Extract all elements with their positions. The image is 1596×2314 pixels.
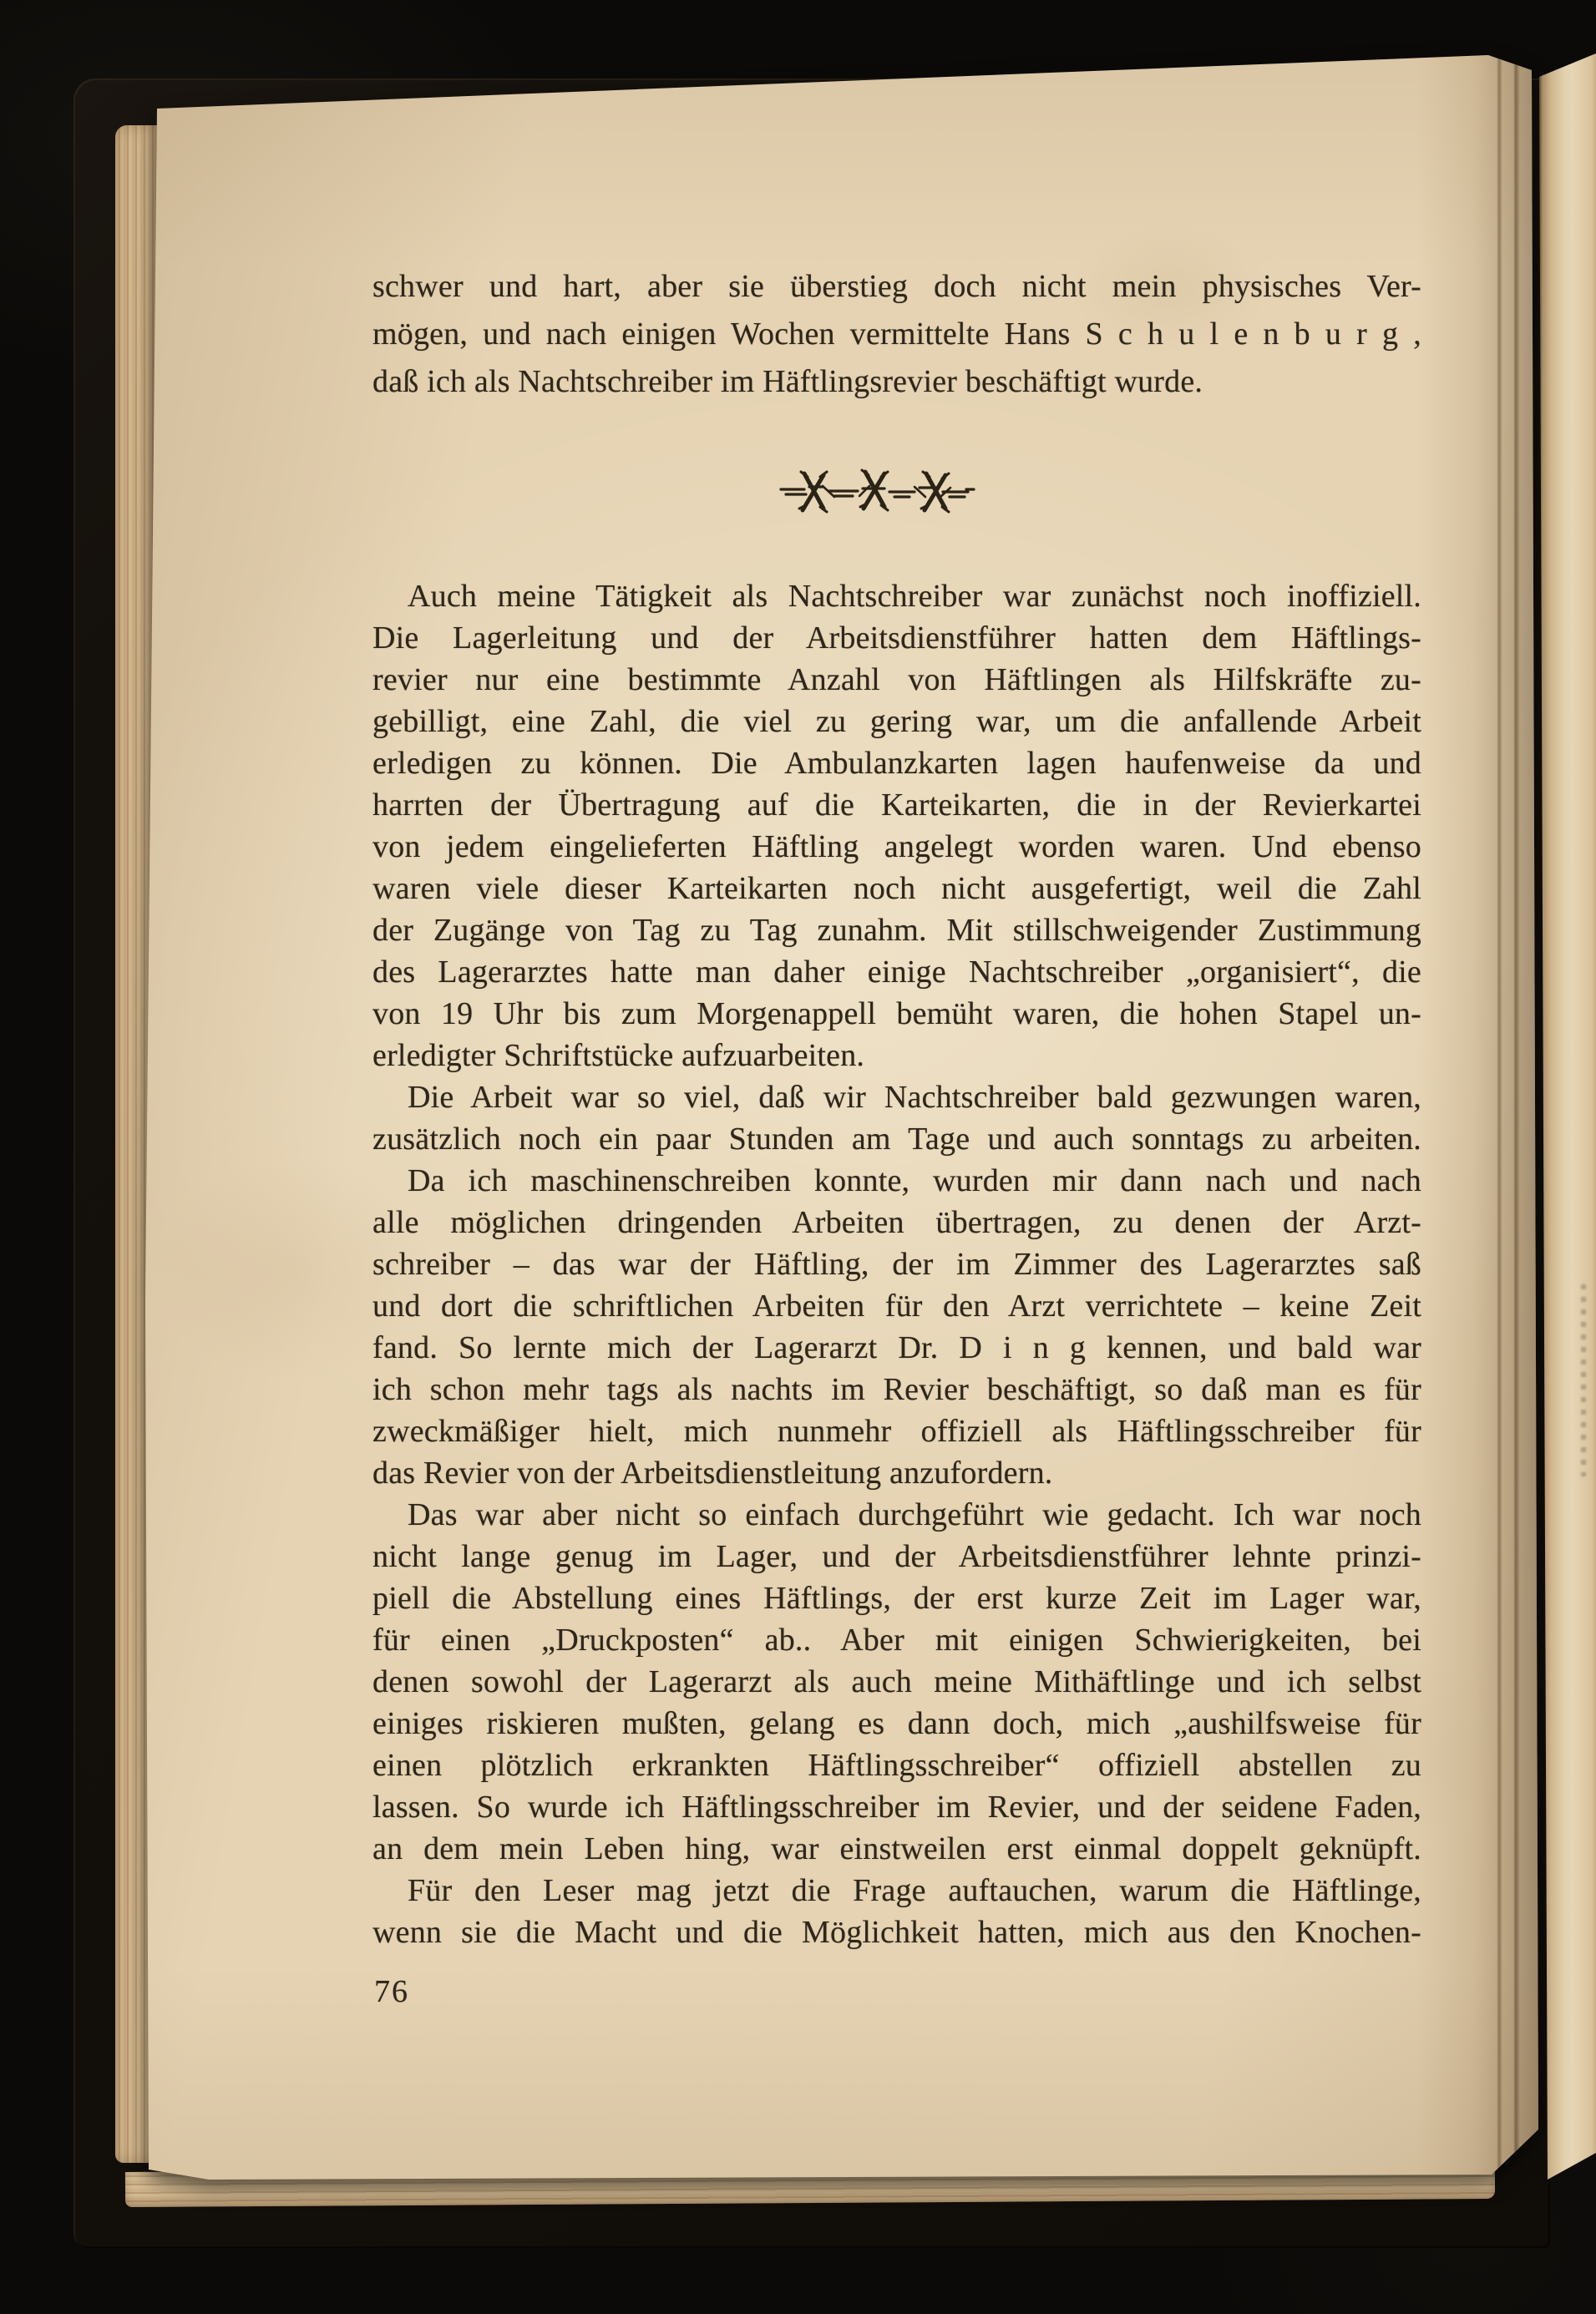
text-line: nicht lange genug im Lager, und der Arbe…	[372, 1536, 1421, 1577]
photo-background: schwer und hart, aber sie überstieg doch…	[0, 0, 1596, 2314]
text-line: das Revier von der Arbeitsdienstleitung …	[372, 1452, 1421, 1494]
text-line: Die Arbeit war so viel, daß wir Nachtsch…	[372, 1076, 1421, 1118]
page-gutter-shadow	[1416, 48, 1542, 2230]
text-line: Auch meine Tätigkeit als Nachtschreiber …	[372, 575, 1421, 617]
text-line: Für den Leser mag jetzt die Frage auftau…	[372, 1870, 1421, 1911]
facing-page-edge	[1539, 48, 1596, 2191]
text-line: erledigen zu können. Die Ambulanzkarten …	[372, 742, 1421, 784]
text-line: Das war aber nicht so einfach durchgefüh…	[372, 1494, 1421, 1536]
text-line: erledigter Schriftstücke aufzuarbeiten.	[372, 1035, 1421, 1076]
text-line: an dem mein Leben hing, war einstweilen …	[372, 1828, 1421, 1870]
text-line: einiges riskieren mußten, gelang es dann…	[372, 1703, 1421, 1744]
text-line: fand. So lernte mich der Lagerarzt Dr. D…	[372, 1327, 1421, 1369]
text-line: daß ich als Nachtschreiber im Häftlingsr…	[372, 358, 1421, 406]
text-line: alle möglichen dringenden Arbeiten übert…	[372, 1202, 1421, 1243]
text-line: denen sowohl der Lagerarzt als auch mein…	[372, 1661, 1421, 1703]
text-line: schwer und hart, aber sie überstieg doch…	[372, 263, 1421, 311]
text-line: gebilligt, eine Zahl, die viel zu gering…	[372, 701, 1421, 742]
text-line: einen plötzlich erkrankten Häftlingsschr…	[372, 1744, 1421, 1786]
text-block: schwer und hart, aber sie überstieg doch…	[372, 263, 1421, 2010]
paragraph: Für den Leser mag jetzt die Frage auftau…	[372, 1870, 1421, 1953]
paragraph: Auch meine Tätigkeit als Nachtschreiber …	[372, 575, 1421, 1076]
text-line: von 19 Uhr bis zum Morgenappell bemüht w…	[372, 993, 1421, 1035]
paragraph: Die Arbeit war so viel, daß wir Nachtsch…	[372, 1076, 1421, 1160]
book-page: schwer und hart, aber sie überstieg doch…	[109, 48, 1542, 2230]
text-line: schreiber – das war der Häftling, der im…	[372, 1243, 1421, 1285]
text-line: zusätzlich noch ein paar Stunden am Tage…	[372, 1118, 1421, 1160]
paragraph: Das war aber nicht so einfach durchgefüh…	[372, 1494, 1421, 1870]
text-line: revier nur eine bestimmte Anzahl von Häf…	[372, 659, 1421, 701]
text-line: piell die Abstellung eines Häftlings, de…	[372, 1577, 1421, 1619]
text-line: Die Lagerleitung und der Arbeitsdienstfü…	[372, 617, 1421, 659]
text-line: der Zugänge von Tag zu Tag zunahm. Mit s…	[372, 909, 1421, 951]
page-number: 76	[374, 1973, 1421, 2010]
paragraph: Da ich maschinenschreiben konnte, wurden…	[372, 1160, 1421, 1494]
barbed-wire-divider-icon	[779, 467, 975, 514]
text-line: mögen, und nach einigen Wochen vermittel…	[372, 311, 1421, 358]
text-line: wenn sie die Macht und die Möglichkeit h…	[372, 1911, 1421, 1953]
facing-page-text-hint	[1581, 1284, 1586, 1476]
text-line: des Lagerarztes hatte man daher einige N…	[372, 951, 1421, 993]
text-line: lassen. So wurde ich Häftlingsschreiber …	[372, 1786, 1421, 1828]
text-line: für einen „Druckposten“ ab.. Aber mit ei…	[372, 1619, 1421, 1661]
text-line: waren viele dieser Karteikarten noch nic…	[372, 868, 1421, 909]
text-line: von jedem eingelieferten Häftling angele…	[372, 826, 1421, 868]
paragraph-intro: schwer und hart, aber sie überstieg doch…	[372, 263, 1421, 406]
text-line: Da ich maschinenschreiben konnte, wurden…	[372, 1160, 1421, 1202]
text-line: ich schon mehr tags als nachts im Revier…	[372, 1369, 1421, 1410]
text-line: und dort die schriftlichen Arbeiten für …	[372, 1285, 1421, 1327]
book-page-wrap: schwer und hart, aber sie überstieg doch…	[109, 48, 1542, 2230]
text-line: harrten der Übertragung auf die Karteika…	[372, 784, 1421, 826]
text-line: zweckmäßiger hielt, mich nunmehr offizie…	[372, 1410, 1421, 1452]
